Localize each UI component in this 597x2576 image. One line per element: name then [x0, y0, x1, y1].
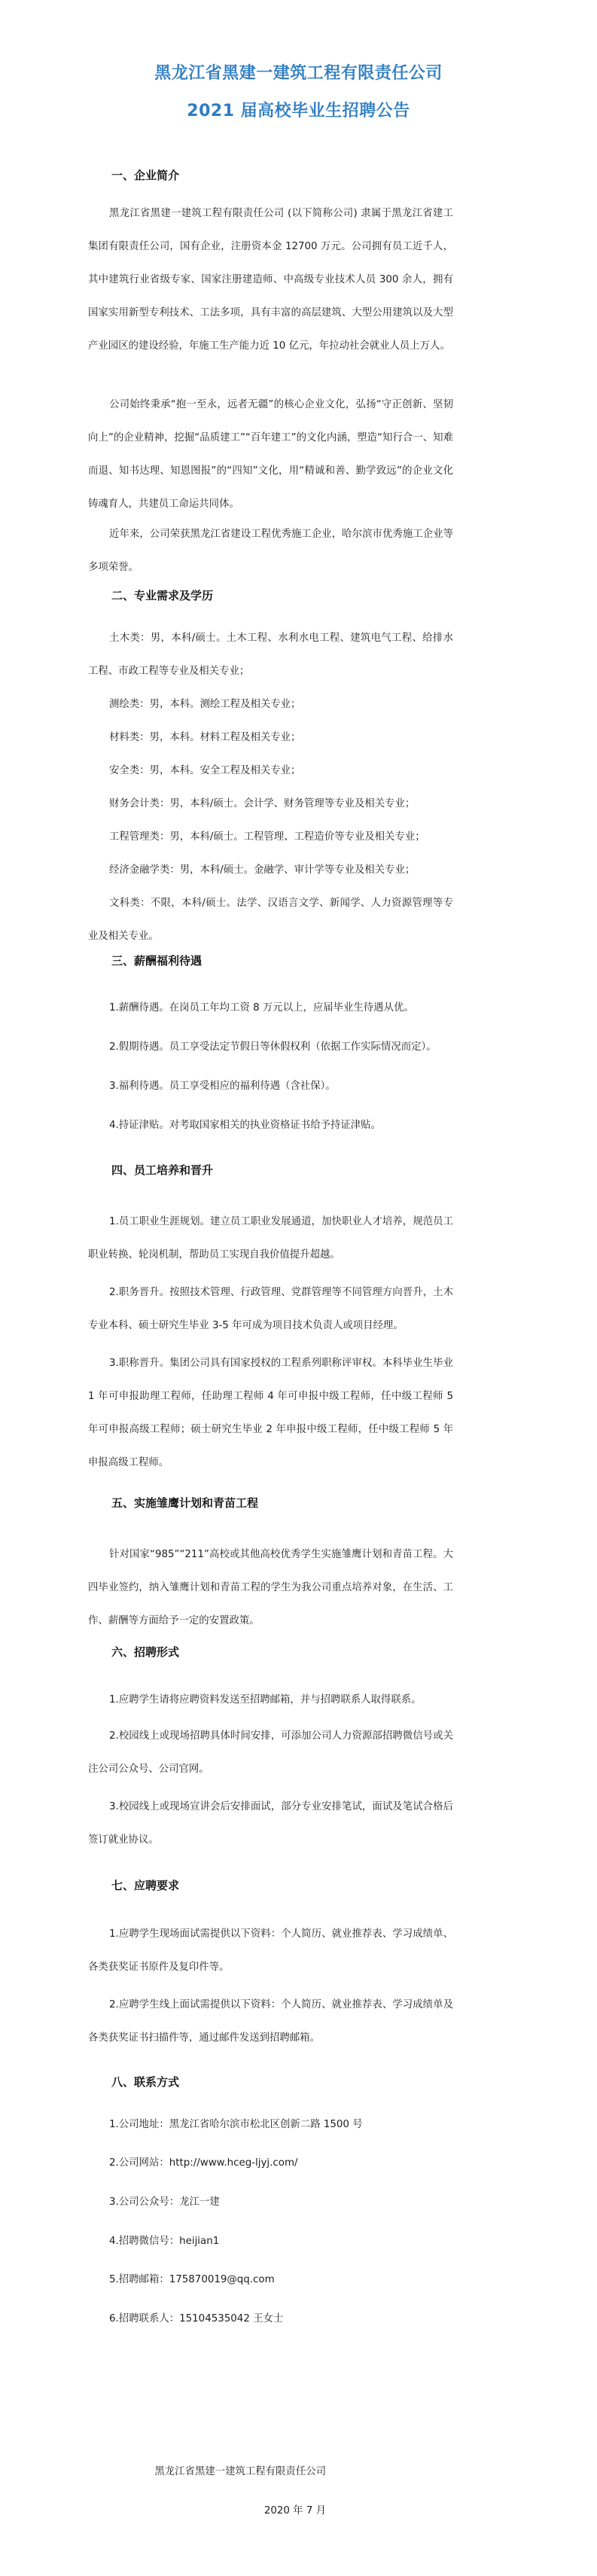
paragraph-company-overview: 黑龙江省黑建一建筑工程有限责任公司 (以下简称公司) 隶属于黑龙江省建工集团有限…: [88, 197, 453, 363]
signature-company: 黑龙江省黑建一建筑工程有限责任公司: [154, 2463, 326, 2477]
paragraph-company-culture: 公司始终秉承“抱一至永，远者无疆”的核心企业文化，弘扬“守正创新、坚韧向上”的企…: [88, 389, 453, 521]
major-liberal-arts: 文科类：不限，本科/硕士。法学、汉语言文学、新闻学、人力资源管理等专业及相关专业…: [88, 887, 453, 953]
benefit-welfare: 3.福利待遇。员工享受相应的福利待遇（含社保）。: [109, 1078, 336, 1092]
section-heading-company-intro: 一、企业简介: [111, 167, 179, 183]
major-economics-finance: 经济金融学类：男，本科/硕士。金融学、审计学等专业及相关专业；: [88, 854, 453, 887]
major-surveying: 测绘类：男，本科。测绘工程及相关专业；: [88, 688, 453, 721]
section-heading-contact: 八、联系方式: [111, 2074, 179, 2090]
requirement-online-interview: 2.应聘学生线上面试需提供以下资料：个人简历、就业推荐表、学习成绩单及各类获奖证…: [88, 1989, 453, 2055]
contact-official-account: 3.公司公众号：龙江一建: [109, 2193, 220, 2208]
section-heading-recruitment-format: 六、招聘形式: [111, 1644, 179, 1660]
contact-person: 6.招聘联系人：15104535042 王女士: [109, 2310, 283, 2324]
format-interview: 3.校园线上或现场宣讲会后安排面试，部分专业安排笔试，面试及笔试合格后签订就业协…: [88, 1791, 453, 1857]
major-accounting: 财务会计类：男，本科/硕士。会计学、财务管理等专业及相关专业；: [88, 788, 453, 821]
document-title-company: 黑龙江省黑建一建筑工程有限责任公司: [0, 60, 597, 84]
format-schedule: 2.校园线上或现场招聘具体时间安排，可添加公司人力资源部招聘微信号或关注公司公众…: [88, 1720, 453, 1786]
major-civil: 土木类：男，本科/硕士。土木工程、水利水电工程、建筑电气工程、给排水工程、市政工…: [88, 622, 453, 688]
contact-wechat: 4.招聘微信号：heijian1: [109, 2233, 219, 2247]
promotion-career-planning: 1.员工职业生涯规划。建立员工职业发展通道，加快职业人才培养，规范员工职业转换、…: [88, 1206, 453, 1272]
section-heading-eagle-seedling: 五、实施雏鹰计划和青苗工程: [111, 1495, 258, 1511]
section-heading-requirements: 七、应聘要求: [111, 1877, 179, 1893]
major-safety: 安全类：男，本科。安全工程及相关专业；: [88, 755, 453, 788]
benefit-holidays: 2.假期待遇。员工享受法定节假日等休假权利（依据工作实际情况而定）。: [109, 1038, 437, 1053]
promotion-position: 2.职务晋升。按照技术管理、行政管理、党群管理等不同管理方向晋升，土木专业本科、…: [88, 1276, 453, 1343]
major-materials: 材料类：男，本科。材料工程及相关专业；: [88, 721, 453, 755]
requirement-onsite-interview: 1.应聘学生现场面试需提供以下资料：个人简历、就业推荐表、学习成绩单、各类获奖证…: [88, 1918, 453, 1984]
contact-website[interactable]: 2.公司网站：http://www.hceg-ljyj.com/: [109, 2154, 298, 2169]
contact-address: 1.公司地址：黑龙江省哈尔滨市松北区创新二路 1500 号: [109, 2116, 363, 2130]
signature-date: 2020 年 7 月: [264, 2502, 326, 2517]
promotion-title: 3.职称晋升。集团公司具有国家授权的工程系列职称评审权。本科毕业生毕业 1 年可…: [88, 1347, 453, 1480]
section-heading-majors: 二、专业需求及学历: [111, 587, 213, 603]
major-engineering-management: 工程管理类：男，本科/硕士。工程管理、工程造价等专业及相关专业；: [88, 821, 453, 854]
contact-email[interactable]: 5.招聘邮箱：175870019@qq.com: [109, 2271, 275, 2285]
format-send-materials: 1.应聘学生请将应聘资料发送至招聘邮箱，并与招聘联系人取得联系。: [88, 1684, 453, 1717]
benefit-salary: 1.薪酬待遇。在岗员工年均工资 8 万元以上，应届毕业生待遇从优。: [109, 999, 414, 1014]
section-heading-compensation: 三、薪酬福利待遇: [111, 953, 202, 968]
paragraph-eagle-seedling-program: 针对国家“985”“211”高校或其他高校优秀学生实施雏鹰计划和青苗工程。大四毕…: [88, 1538, 453, 1638]
document-title-notice: 2021 届高校毕业生招聘公告: [0, 98, 597, 121]
benefit-certificate-allowance: 4.持证津贴。对考取国家相关的执业资格证书给予持证津贴。: [109, 1117, 381, 1131]
paragraph-company-honors: 近年来，公司荣获黑龙江省建设工程优秀施工企业，哈尔滨市优秀施工企业等多项荣誉。: [88, 518, 453, 584]
section-heading-training-promotion: 四、员工培养和晋升: [111, 1162, 213, 1178]
